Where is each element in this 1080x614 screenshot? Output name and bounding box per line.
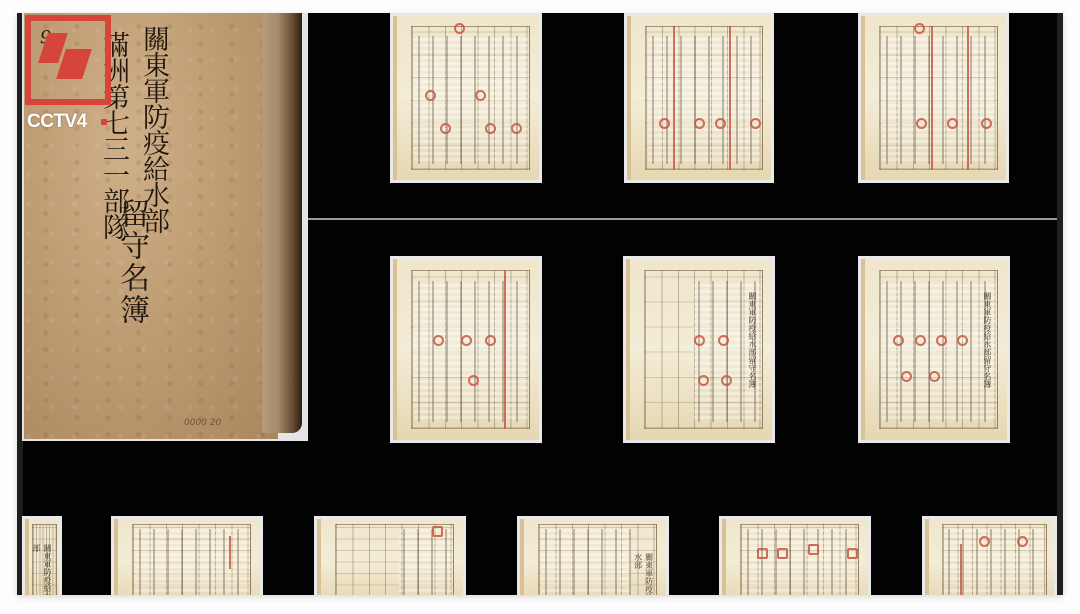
document-title: 關東軍防疫給水部留守名簿	[747, 292, 758, 388]
document-thumbnail	[390, 256, 542, 443]
document-thumbnail: 關東軍防疫給水部	[22, 516, 62, 595]
cctv-logo-icon: CCTV4	[25, 15, 111, 135]
channel-label: CCTV4	[27, 111, 87, 133]
document-thumbnail	[624, 13, 774, 183]
cover-subtitle: 留守名簿	[116, 198, 146, 326]
document-thumbnail: 關東軍防疫給水部留守名簿	[858, 256, 1010, 443]
frame-edge-right	[1057, 13, 1063, 595]
document-title: 關東軍防疫給水部	[633, 553, 655, 595]
cover-serial: 0000 20	[184, 418, 221, 428]
document-title: 關東軍防疫給水部留守名簿	[982, 292, 993, 388]
document-thumbnail	[922, 516, 1057, 595]
book-spine	[262, 13, 302, 433]
document-thumbnail	[719, 516, 871, 595]
document-thumbnail	[314, 516, 466, 595]
row-divider	[308, 218, 1057, 220]
video-frame: 9 關東軍防疫給水部 滿洲第七三一部隊 留守名簿 0000 20 CCTV4	[17, 13, 1063, 595]
document-thumbnail: 關東軍防疫給水部留守名簿	[623, 256, 775, 443]
document-thumbnail: 關東軍防疫給水部	[517, 516, 669, 595]
document-thumbnail	[858, 13, 1009, 183]
logo-dot	[101, 99, 107, 105]
cover-title: 關東軍防疫給水部	[140, 25, 167, 233]
document-title: 關東軍防疫給水部	[31, 544, 53, 595]
document-thumbnail	[390, 13, 542, 183]
logo-dot	[101, 119, 107, 125]
document-thumbnail	[111, 516, 263, 595]
